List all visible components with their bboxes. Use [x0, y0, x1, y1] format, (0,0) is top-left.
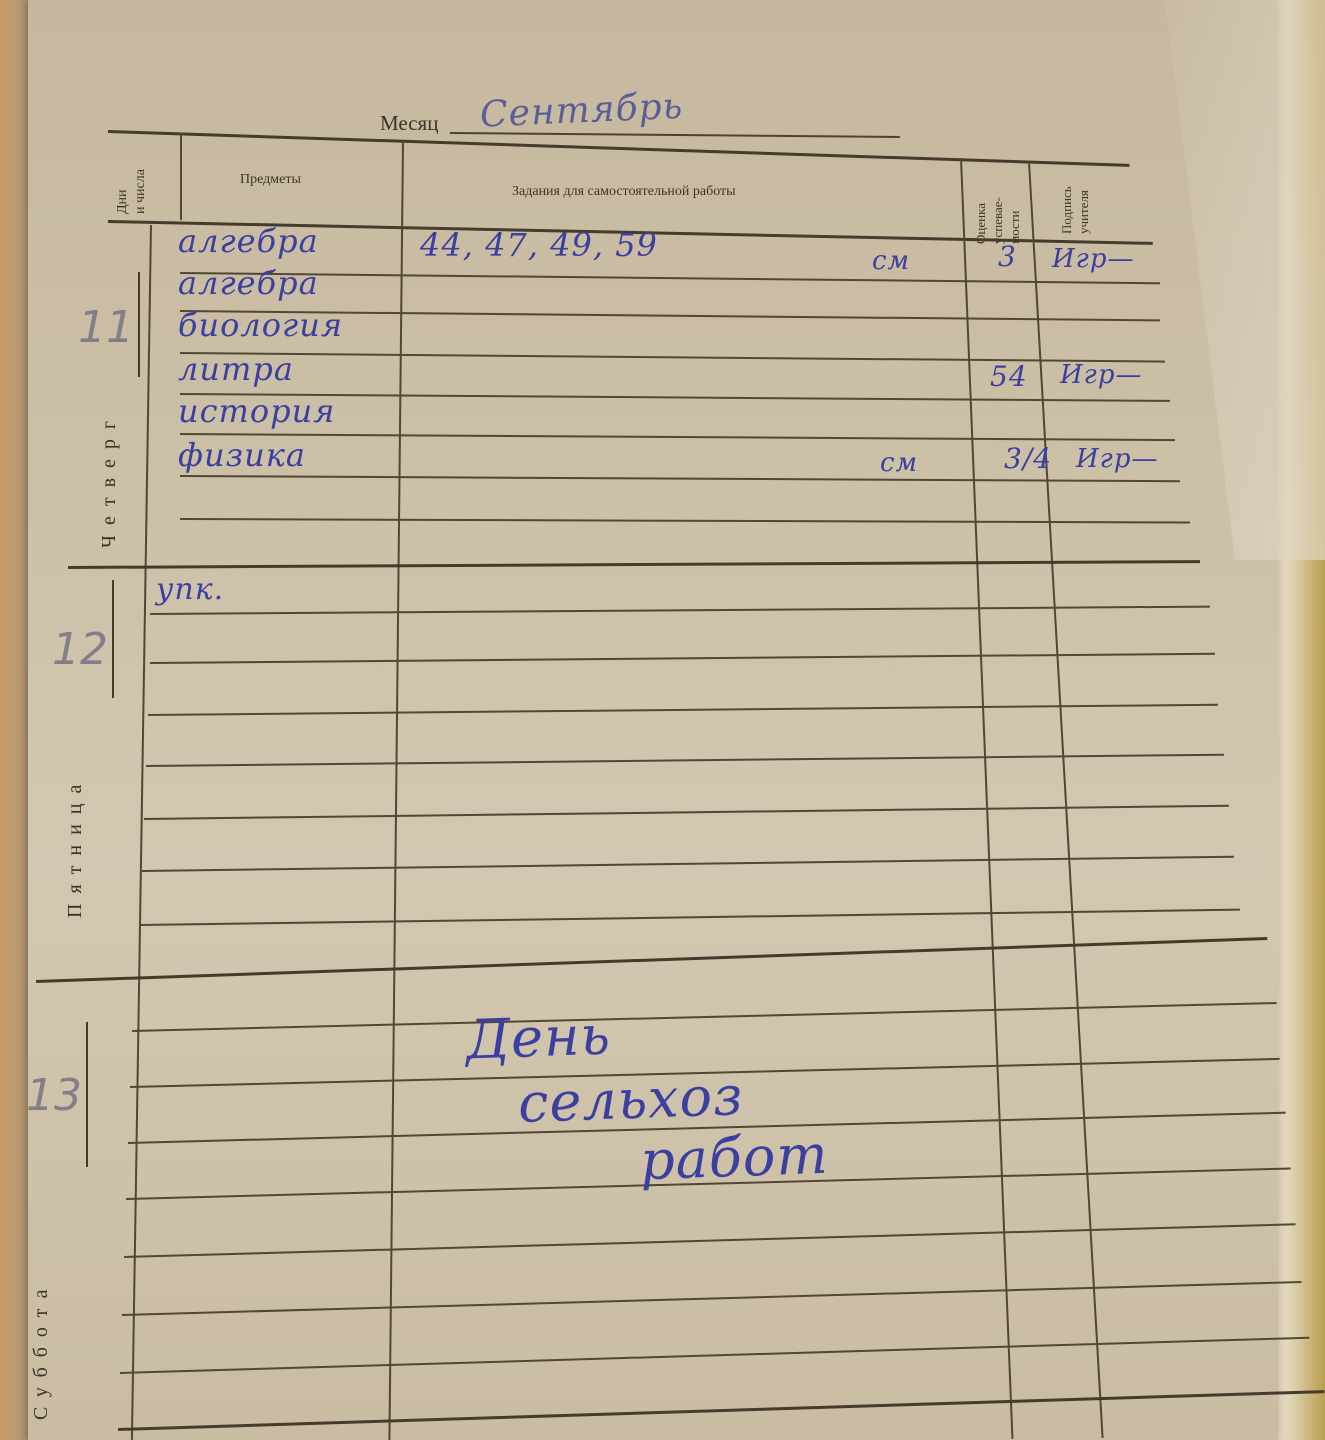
row-line — [180, 272, 1160, 284]
row-line — [132, 1002, 1277, 1032]
row-line — [124, 1223, 1296, 1258]
subject-cell: алгебра — [178, 264, 319, 302]
day-date: 13 — [26, 1070, 82, 1121]
header-grade: Оценка успевае- мости — [972, 197, 1023, 244]
subject-cell: литра — [178, 350, 294, 388]
date-underline — [86, 1022, 88, 1167]
weekday-label: Пятница — [64, 775, 87, 918]
task-cell: 44, 47, 49, 59 — [420, 226, 658, 264]
grade-cell: 54 — [990, 360, 1028, 393]
grade-cell: 3/4 — [1004, 442, 1052, 475]
saturday-note-line3: работ — [639, 1123, 830, 1193]
date-underline — [138, 272, 140, 377]
subject-cell: физика — [178, 436, 306, 474]
subject-cell: биология — [178, 306, 343, 344]
header-tasks: Задания для самостоятельной работы — [512, 184, 736, 200]
header-days-line2: и числа — [132, 169, 150, 214]
row-line — [150, 606, 1210, 615]
row-line — [180, 518, 1190, 524]
row-line — [180, 475, 1180, 482]
saturday-note-line1: День — [465, 1003, 612, 1071]
header-signature-line1: Подпись — [1058, 186, 1075, 234]
col-divider-days — [180, 133, 182, 220]
row-line — [120, 1337, 1310, 1374]
header-days-line1: Дни — [114, 169, 132, 214]
row-line — [122, 1281, 1302, 1316]
day-date: 11 — [78, 302, 134, 353]
table-top-border — [108, 130, 1130, 167]
day-date: 12 — [52, 624, 108, 675]
day-separator — [118, 1390, 1324, 1431]
col-divider-grade — [1028, 162, 1104, 1438]
row-line — [150, 653, 1215, 664]
col-divider-subjects — [388, 143, 404, 1440]
header-signature-line2: учителя — [1075, 186, 1092, 234]
mark-cell: см — [880, 448, 918, 478]
grade-cell: 3 — [998, 240, 1017, 273]
row-line — [140, 909, 1240, 926]
mark-cell: см — [872, 246, 910, 276]
weekday-label: Четверг — [98, 411, 121, 548]
day-separator — [68, 560, 1200, 569]
header-signature: Подпись учителя — [1058, 186, 1092, 234]
header-days: Дни и числа — [114, 169, 150, 214]
day-separator — [36, 937, 1267, 983]
row-line — [180, 433, 1175, 441]
col-divider-tasks — [960, 158, 1013, 1439]
saturday-note-line2: сельхоз — [517, 1064, 744, 1135]
header-subjects: Предметы — [240, 172, 301, 188]
signature-cell: Игр— — [1052, 244, 1134, 274]
subject-cell: упк. — [156, 572, 224, 607]
header-grade-line1: Оценка — [972, 197, 989, 244]
subject-cell: алгебра — [178, 222, 319, 260]
row-line — [148, 704, 1218, 716]
date-underline — [112, 580, 114, 698]
signature-cell: Игр— — [1060, 360, 1142, 390]
weekday-label: Суббота — [30, 1279, 53, 1420]
header-grade-line3: мости — [1006, 197, 1023, 244]
signature-cell: Игр— — [1076, 444, 1158, 474]
subject-cell: история — [178, 392, 335, 430]
header-grade-line2: успевае- — [989, 197, 1006, 244]
schedule-table: Дни и числа Предметы Задания для самосто… — [0, 0, 1325, 1440]
